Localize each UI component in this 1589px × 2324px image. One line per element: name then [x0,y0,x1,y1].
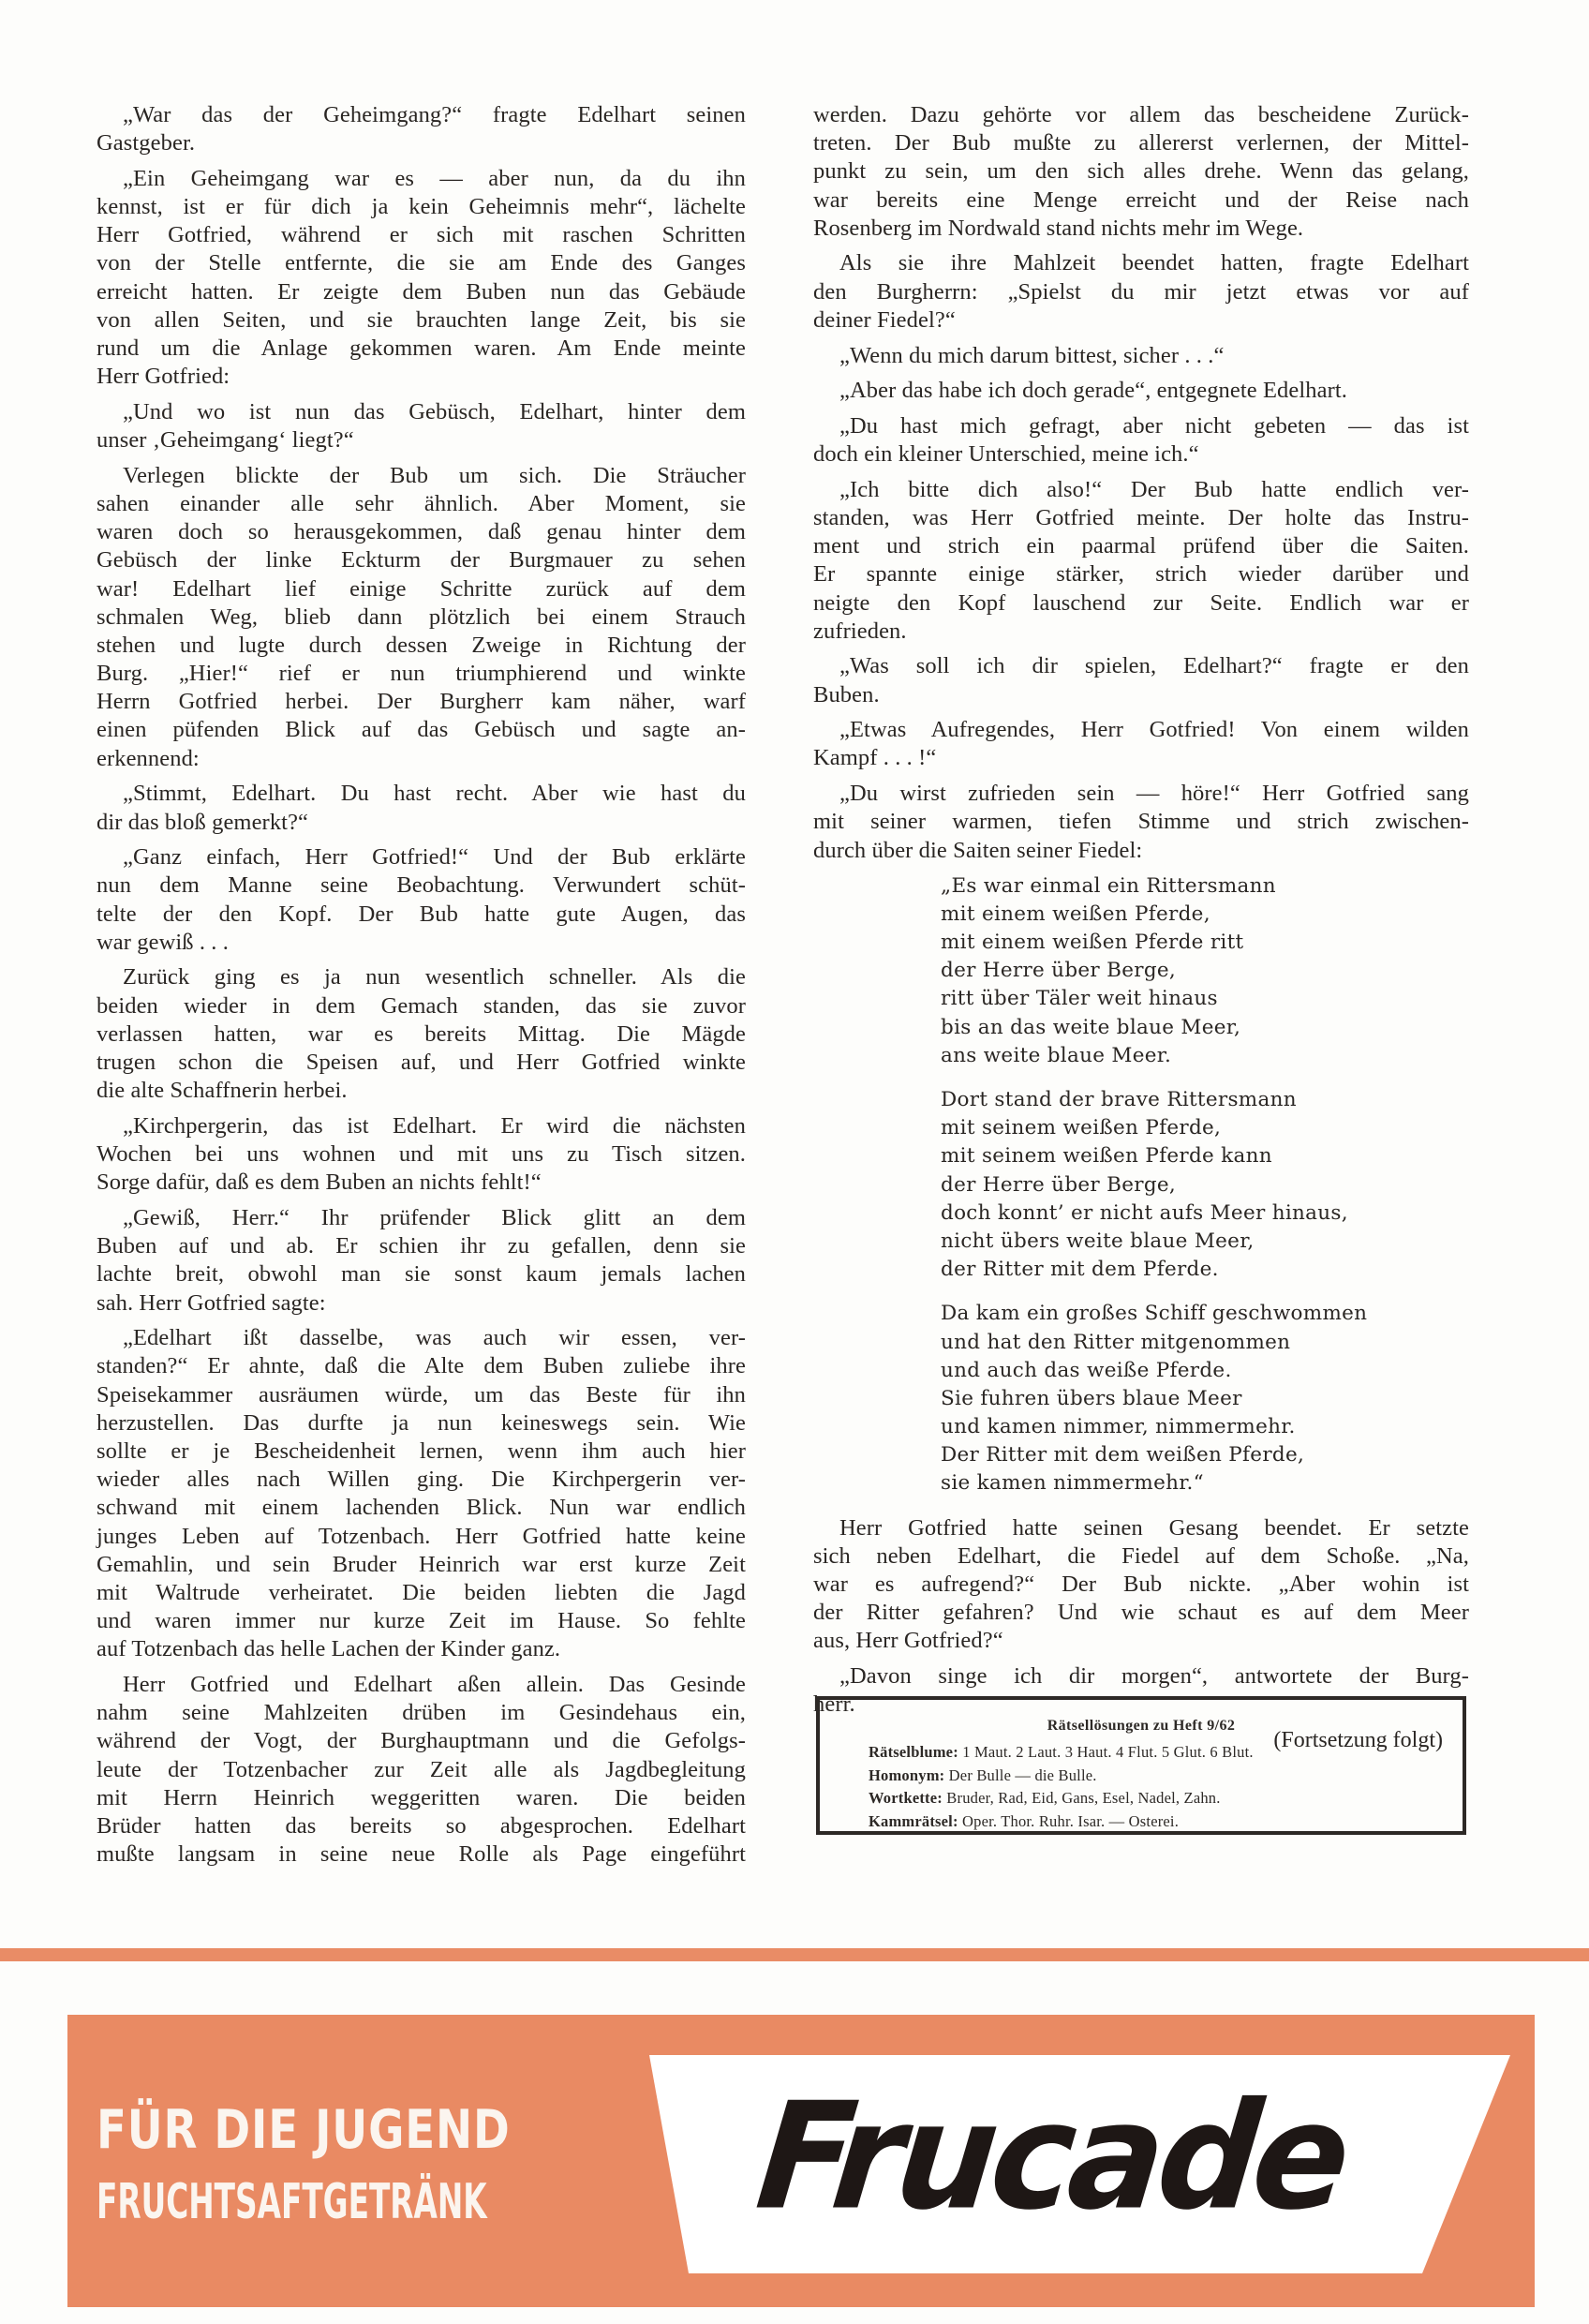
text-line: mit seiner warmen, tiefen Stimme und str… [813,808,1469,836]
text-line: war bereits eine Menge erreicht und der … [813,186,1469,215]
poem-line: mit seinem weißen Pferde, [941,1114,1469,1142]
right-column-prose-end: Herr Gotfried hatte seinen Gesang beende… [813,1514,1469,1720]
text-line: ment und strich ein paarmal prüfend über… [813,532,1469,560]
text-line: deiner Fiedel?“ [813,306,1469,335]
text-line: stehen und lugte durch dessen Zweige in … [97,632,746,660]
poem-line: mit einem weißen Pferde ritt [941,929,1469,957]
paragraph: „Ganz einfach, Herr Gotfried!“ Und der B… [97,843,746,957]
paragraph: „Ein Geheimgang war es — aber nun, da du… [97,165,746,392]
right-column-prose: werden. Dazu gehörte vor allem das besch… [813,101,1469,865]
text-line: Verlegen blickte der Bub um sich. Die St… [97,462,746,490]
paragraph: Herr Gotfried hatte seinen Gesang beende… [813,1514,1469,1656]
paragraph: „Etwas Aufregendes, Herr Gotfried! Von e… [813,716,1469,772]
poem-line: bis an das weite blaue Meer, [941,1014,1469,1042]
poem-line: sie kamen nimmermehr.“ [941,1469,1469,1497]
poem-stanza: Da kam ein großes Schiff geschwommenund … [941,1300,1469,1497]
text-line: nun dem Manne seine Beobachtung. Verwund… [97,871,746,900]
decorative-divider-stripe [0,1948,1589,1961]
text-line: sahen einander alle sehr ähnlich. Aber M… [97,490,746,518]
paragraph: „Wenn du mich darum bittest, sicher . . … [813,342,1469,370]
text-line: erkennend: [97,745,746,773]
poem-line: mit seinem weißen Pferde kann [941,1142,1469,1170]
text-line: schwand mit einem lachenden Blick. Nun w… [97,1494,746,1522]
text-line: der Ritter gefahren? Und wie schaut es a… [813,1599,1469,1627]
puzzle-solutions-title: Rätsellösungen zu Heft 9/62 [820,1718,1463,1735]
text-line: Brüder hatten das bereits so abgesproche… [97,1812,746,1840]
text-line: waren doch so herausgekommen, daß genau … [97,518,746,546]
text-line: „Was soll ich dir spielen, Edelhart?“ fr… [813,652,1469,680]
paragraph: „Du hast mich gefragt, aber nicht gebete… [813,412,1469,469]
ad-slogan-line-1: FÜR DIE JUGEND [97,2099,511,2161]
solution-row: Wortkette: Bruder, Rad, Eid, Gans, Esel,… [869,1787,1463,1810]
text-line: die alte Schaffnerin herbei. [97,1077,746,1105]
poem-line: ans weite blaue Meer. [941,1042,1469,1070]
text-line: standen?“ Er ahnte, daß die Alte dem Bub… [97,1352,746,1380]
solution-row: Kammrätsel: Oper. Thor. Ruhr. Isar. — Os… [869,1810,1463,1834]
poem: „Es war einmal ein Rittersmannmit einem … [813,872,1469,1498]
text-line: telte der den Kopf. Der Bub hatte gute A… [97,901,746,929]
paragraph: Verlegen blickte der Bub um sich. Die St… [97,462,746,773]
poem-line: und hat den Ritter mitgenommen [941,1329,1469,1357]
poem-line: nicht übers weite blaue Meer, [941,1228,1469,1256]
text-line: „Du wirst zufrieden sein — höre!“ Herr G… [813,780,1469,808]
poem-line: mit einem weißen Pferde, [941,901,1469,929]
text-line: auf Totzenbach das helle Lachen der Kind… [97,1635,746,1663]
text-line: aus, Herr Gotfried?“ [813,1627,1469,1655]
poem-line: ritt über Täler weit hinaus [941,985,1469,1013]
text-line: „War das der Geheimgang?“ fragte Edelhar… [97,101,746,129]
text-line: sah. Herr Gotfried sagte: [97,1289,746,1318]
text-line: durch über die Saiten seiner Fiedel: [813,837,1469,865]
text-line: war! Edelhart lief einige Schritte zurüc… [97,575,746,603]
text-line: herzustellen. Das durfte ja nun keineswe… [97,1409,746,1438]
text-line: neigte den Kopf lauschend zur Seite. End… [813,589,1469,618]
text-line: Zurück ging es ja nun wesentlich schnell… [97,963,746,991]
text-line: den Burgherrn: „Spielst du mir jetzt etw… [813,278,1469,306]
text-line: nahm seine Mahlzeiten drüben im Gesindeh… [97,1699,746,1727]
paragraph: „War das der Geheimgang?“ fragte Edelhar… [97,101,746,157]
text-line: Gemahlin, und sein Bruder Heinrich war e… [97,1551,746,1579]
text-line: „Gewiß, Herr.“ Ihr prüfender Blick glitt… [97,1204,746,1232]
text-line: von der Stelle entfernte, die sie am End… [97,249,746,277]
text-line: mit Waltrude verheiratet. Die beiden lie… [97,1579,746,1607]
text-line: während der Vogt, der Burghauptmann und … [97,1727,746,1755]
paragraph: „Ich bitte dich also!“ Der Bub hatte end… [813,476,1469,646]
frucade-logo: Frucade [713,2059,1389,2256]
text-line: dir das bloß gemerkt?“ [97,809,746,837]
text-line: zufrieden. [813,618,1469,646]
text-line: Rosenberg im Nordwald stand nichts mehr … [813,215,1469,243]
poem-line: Dort stand der brave Rittersmann [941,1086,1469,1114]
text-line: verlassen hatten, war es bereits Mittag.… [97,1020,746,1049]
paragraph: Herr Gotfried und Edelhart aßen allein. … [97,1671,746,1869]
paragraph: werden. Dazu gehörte vor allem das besch… [813,101,1469,243]
text-line: Kampf . . . !“ [813,744,1469,772]
poem-stanza: Dort stand der brave Rittersmannmit sein… [941,1086,1469,1284]
paragraph: „Stimmt, Edelhart. Du hast recht. Aber w… [97,780,746,836]
ad-slogan-line-2: FRUCHTSAFTGETRÄNK [97,2174,487,2230]
paragraph: „Du wirst zufrieden sein — höre!“ Herr G… [813,780,1469,865]
text-line: Herr Gotfried und Edelhart aßen allein. … [97,1671,746,1699]
paragraph: Als sie ihre Mahlzeit beendet hatten, fr… [813,249,1469,335]
text-line: punkt zu sein, um den sich alles drehe. … [813,157,1469,186]
text-line: Er spannte einige stärker, strich wieder… [813,560,1469,588]
paragraph: „Edelhart ißt dasselbe, was auch wir ess… [97,1324,746,1663]
text-line: „Etwas Aufregendes, Herr Gotfried! Von e… [813,716,1469,744]
text-line: Herr Gotfried, während er sich mit rasch… [97,221,746,249]
text-line: „Ganz einfach, Herr Gotfried!“ Und der B… [97,843,746,871]
text-line: standen, was Herr Gotfried meinte. Der h… [813,504,1469,532]
text-line: schmalen Weg, blieb dann plötzlich bei e… [97,603,746,632]
text-line: Sorge dafür, daß es dem Buben an nichts … [97,1169,746,1197]
text-line: „Du hast mich gefragt, aber nicht gebete… [813,412,1469,440]
poem-stanza: „Es war einmal ein Rittersmannmit einem … [941,872,1469,1070]
text-line: „Kirchpergerin, das ist Edelhart. Er wir… [97,1112,746,1140]
text-line: kennst, ist er für dich ja kein Geheimni… [97,193,746,221]
text-line: trugen schon die Speisen auf, und Herr G… [97,1049,746,1077]
frucade-advertisement: FÜR DIE JUGEND FRUCHTSAFTGETRÄNK Frucade [67,2015,1535,2307]
text-line: sich neben Edelhart, die Fiedel auf dem … [813,1542,1469,1571]
paragraph: „Gewiß, Herr.“ Ihr prüfender Blick glitt… [97,1204,746,1318]
text-line: Burg. „Hier!“ rief er nun triumphierend … [97,660,746,688]
text-line: sollte er je Bescheidenheit lernen, wenn… [97,1438,746,1466]
text-line: Buben auf und ab. Er schien ihr zu gefal… [97,1232,746,1260]
text-line: „Davon singe ich dir morgen“, antwortete… [813,1662,1469,1691]
text-line: „Und wo ist nun das Gebüsch, Edelhart, h… [97,398,746,426]
text-line: „Aber das habe ich doch gerade“, entgegn… [813,377,1469,405]
poem-line: Sie fuhren übers blaue Meer [941,1385,1469,1413]
text-line: Gastgeber. [97,129,746,157]
text-line: beiden wieder in dem Gemach standen, das… [97,992,746,1020]
paragraph: „Kirchpergerin, das ist Edelhart. Er wir… [97,1112,746,1198]
puzzle-solutions-box: Rätsellösungen zu Heft 9/62 Rätselblume:… [816,1696,1466,1835]
text-line: junges Leben auf Totzenbach. Herr Gotfri… [97,1523,746,1551]
text-line: „Wenn du mich darum bittest, sicher . . … [813,342,1469,370]
text-line: Wochen bei uns wohnen und mit uns zu Tis… [97,1140,746,1169]
text-line: lachte breit, obwohl man sie sonst kaum … [97,1260,746,1289]
text-line: werden. Dazu gehörte vor allem das besch… [813,101,1469,129]
poem-line: Da kam ein großes Schiff geschwommen [941,1300,1469,1328]
poem-line: doch konnt’ er nicht aufs Meer hinaus, [941,1199,1469,1228]
text-line: „Ein Geheimgang war es — aber nun, da du… [97,165,746,193]
text-line: wieder alles nach Willen ging. Die Kirch… [97,1466,746,1494]
text-line: mit Herrn Heinrich weggeritten waren. Di… [97,1784,746,1812]
text-line: war gewiß . . . [97,929,746,957]
text-line: „Ich bitte dich also!“ Der Bub hatte end… [813,476,1469,504]
solution-row: Rätselblume: 1 Maut. 2 Laut. 3 Haut. 4 F… [869,1741,1463,1765]
text-line: Speisekammer ausräumen würde, um das Bes… [97,1381,746,1409]
text-line: Gebüsch der linke Eckturm der Burgmauer … [97,546,746,574]
paragraph: „Und wo ist nun das Gebüsch, Edelhart, h… [97,398,746,454]
text-line: mußte langsam in seine neue Rolle als Pa… [97,1840,746,1869]
article-left-column: „War das der Geheimgang?“ fragte Edelhar… [97,101,746,1876]
text-line: erreicht hatten. Er zeigte dem Buben nun… [97,278,746,306]
text-line: treten. Der Bub mußte zu allererst verle… [813,129,1469,157]
text-line: einen püfenden Blick auf das Gebüsch und… [97,716,746,744]
text-line: von allen Seiten, und sie brauchten lang… [97,306,746,335]
text-line: „Stimmt, Edelhart. Du hast recht. Aber w… [97,780,746,808]
poem-line: der Herre über Berge, [941,957,1469,985]
poem-line: „Es war einmal ein Rittersmann [941,872,1469,901]
poem-line: Der Ritter mit dem weißen Pferde, [941,1441,1469,1469]
text-line: Als sie ihre Mahlzeit beendet hatten, fr… [813,249,1469,277]
text-line: Herrn Gotfried herbei. Der Burgherr kam … [97,688,746,716]
poem-line: der Herre über Berge, [941,1171,1469,1199]
poem-line: und auch das weiße Pferde. [941,1357,1469,1385]
poem-line: und kamen nimmer, nimmermehr. [941,1413,1469,1441]
text-line: unser ‚Geheimgang‘ liegt?“ [97,426,746,454]
text-line: Buben. [813,681,1469,709]
text-line: Herr Gotfried: [97,363,746,391]
text-line: war es aufregend?“ Der Bub nickte. „Aber… [813,1571,1469,1599]
text-line: rund um die Anlage gekommen waren. Am En… [97,335,746,363]
article-right-column: werden. Dazu gehörte vor allem das besch… [813,101,1469,1754]
poem-line: der Ritter mit dem Pferde. [941,1256,1469,1284]
paragraph: Zurück ging es ja nun wesentlich schnell… [97,963,746,1105]
text-line: leute der Totzenbacher zur Zeit alle als… [97,1756,746,1784]
paragraph: „Aber das habe ich doch gerade“, entgegn… [813,377,1469,405]
solution-row: Homonym: Der Bulle — die Bulle. [869,1765,1463,1788]
paragraph: „Was soll ich dir spielen, Edelhart?“ fr… [813,652,1469,708]
text-line: Herr Gotfried hatte seinen Gesang beende… [813,1514,1469,1542]
puzzle-solutions-list: Rätselblume: 1 Maut. 2 Laut. 3 Haut. 4 F… [820,1741,1463,1833]
text-line: und waren immer nur kurze Zeit im Hause.… [97,1607,746,1635]
text-line: „Edelhart ißt dasselbe, was auch wir ess… [97,1324,746,1352]
text-line: doch ein kleiner Unterschied, meine ich.… [813,440,1469,469]
